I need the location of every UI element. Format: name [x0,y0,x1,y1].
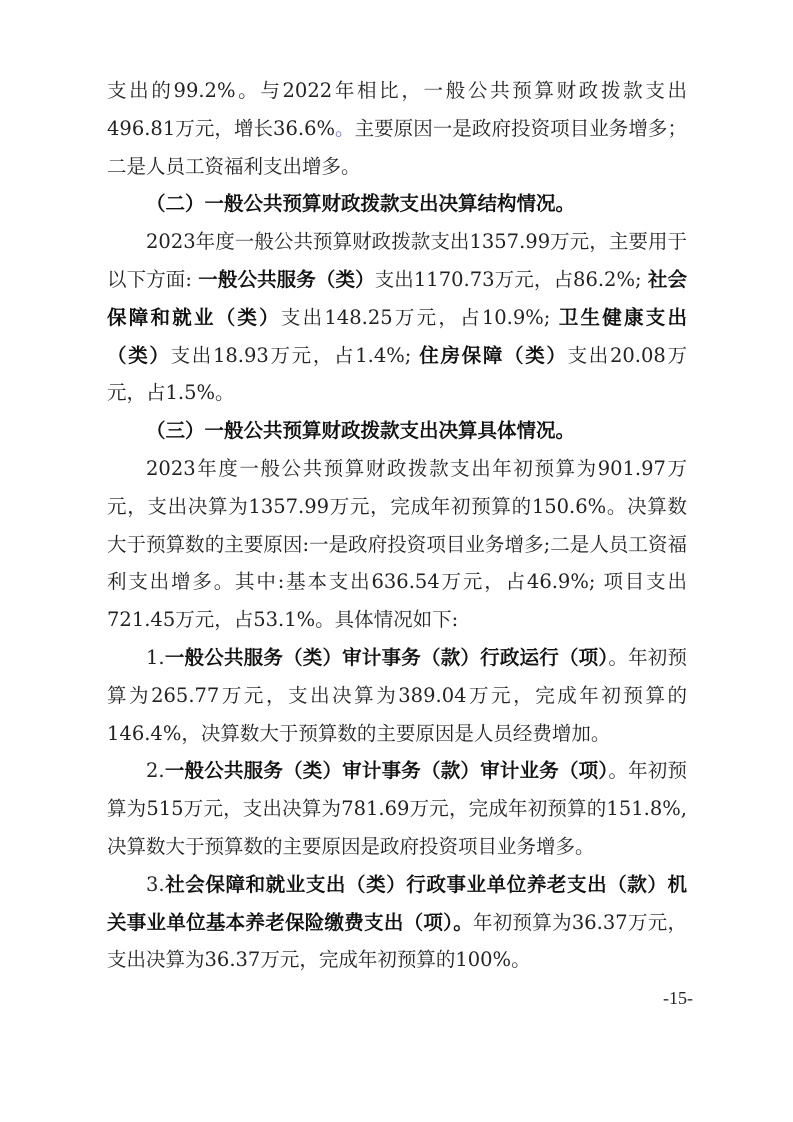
section-heading-2: （二）一般公共预算财政拨款支出决算结构情况。 [107,185,687,223]
paragraph-continuation: 支出的99.2%。与2022年相比，一般公共预算财政拨款支出496.81万元，增… [107,72,687,185]
page-number: -15- [663,988,693,1009]
section-heading-3: （三）一般公共预算财政拨款支出决算具体情况。 [107,412,687,450]
text-run: 。 [335,117,355,140]
paragraph-item-1: 1.一般公共服务（类）审计事务（款）行政运行（项）。年初预算为265.77万元，… [107,639,687,752]
text-run: 2023年度一般公共预算财政拨款支出年初预算为901.97万元，支出决算为135… [107,457,687,631]
paragraph-structure: 2023年度一般公共预算财政拨款支出1357.99万元，主要用于以下方面: 一般… [107,223,687,412]
paragraph-detail-summary: 2023年度一般公共预算财政拨款支出年初预算为901.97万元，支出决算为135… [107,450,687,639]
text-run: 支出148.25万元，占10.9%; [281,306,559,329]
paragraph-item-2: 2.一般公共服务（类）审计事务（款）审计业务（项）。年初预算为515万元，支出决… [107,752,687,865]
bold-run: 一般公共服务（类） [198,268,374,291]
bold-run: 一般公共服务（类）审计事务（款）审计业务（项） [165,759,609,782]
document-body: 支出的99.2%。与2022年相比，一般公共预算财政拨款支出496.81万元，增… [107,72,687,979]
document-page: 支出的99.2%。与2022年相比，一般公共预算财政拨款支出496.81万元，增… [0,0,793,1122]
text-run: 支出1170.73万元，占86.2%; [375,268,648,291]
bold-run: 住房保障（类） [419,344,567,367]
item-number: 2. [146,759,165,782]
bold-run: 一般公共服务（类）审计事务（款）行政运行（项） [165,646,609,669]
paragraph-item-3: 3.社会保障和就业支出（类）行政事业单位养老支出（款）机关事业单位基本养老保险缴… [107,866,687,979]
item-number: 3. [146,873,165,896]
text-run: 支出18.93万元，占1.4%; [171,344,420,367]
item-number: 1. [146,646,165,669]
